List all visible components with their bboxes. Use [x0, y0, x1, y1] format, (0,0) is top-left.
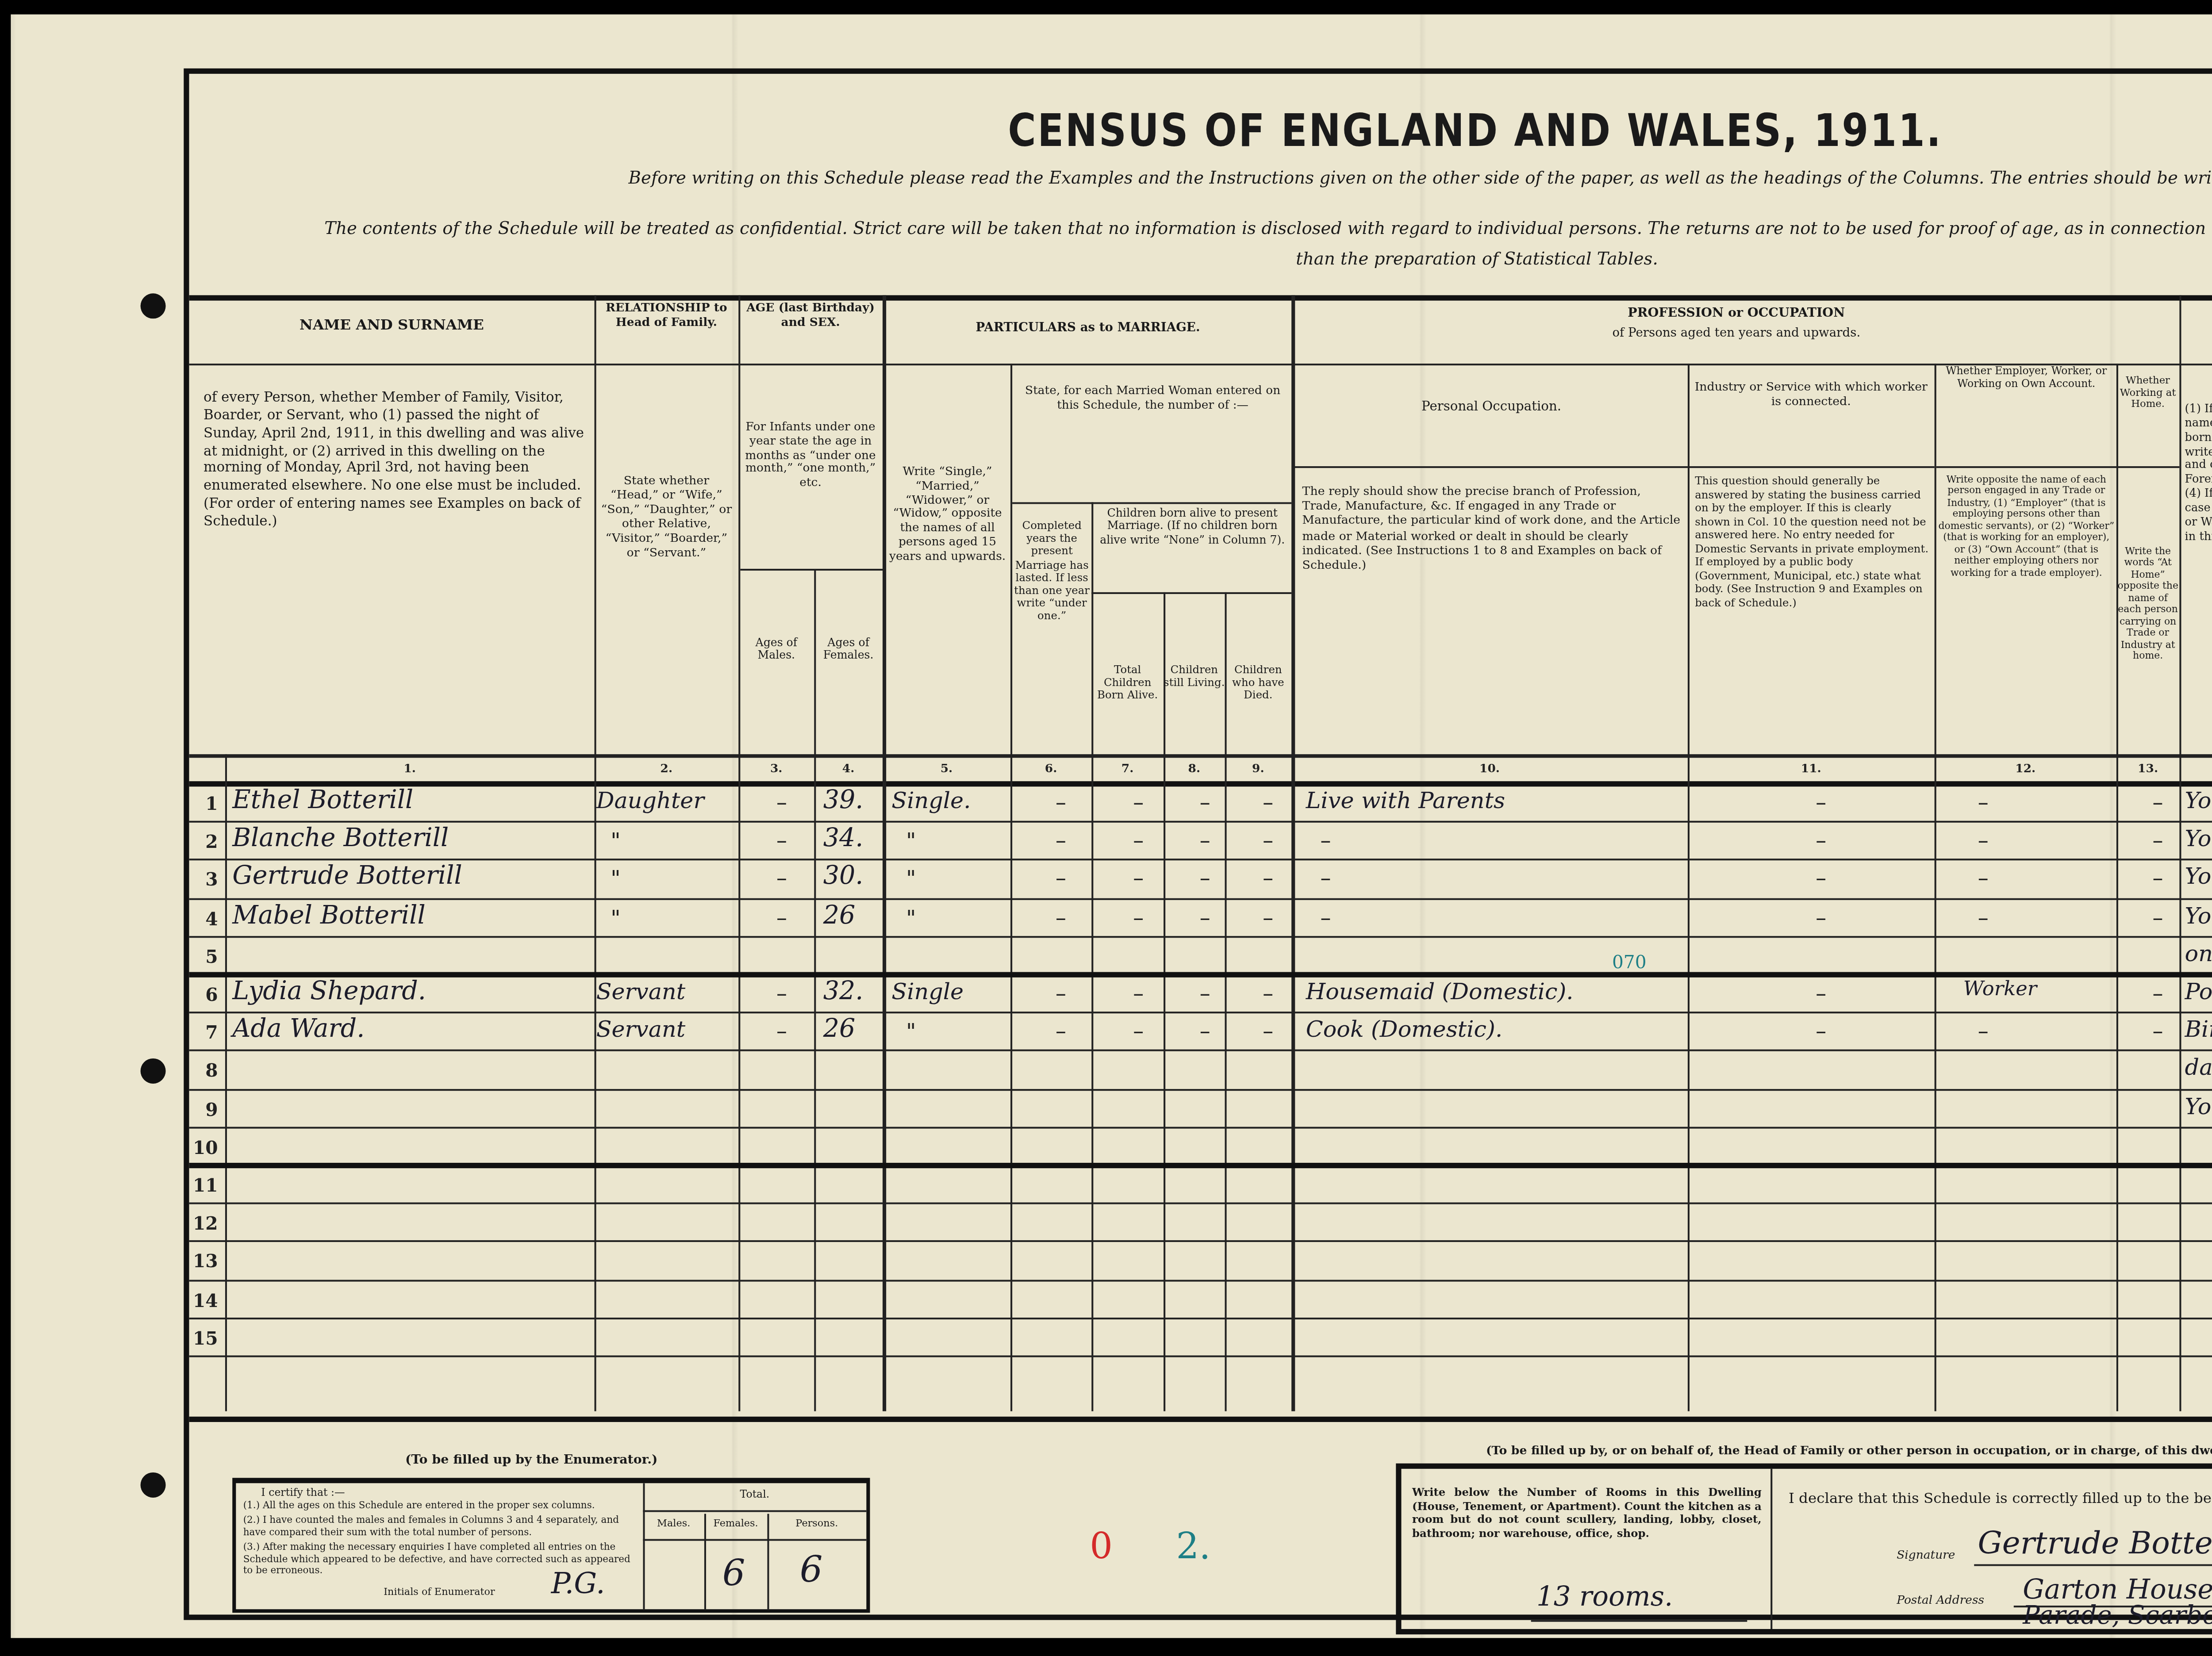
cell-working-at-home: –: [2152, 866, 2163, 892]
cell-children-born: –: [1133, 866, 1144, 892]
cell-children-living: –: [1200, 828, 1210, 854]
enumerator-certificate-box: I certify that :— (1.) All the ages on t…: [232, 1478, 870, 1613]
age-desc: For Infants under one year state the age…: [742, 421, 879, 491]
cell-children-died: –: [1263, 790, 1273, 816]
col10-title: Personal Occupation.: [1295, 399, 1688, 415]
col-divider: [1091, 502, 1093, 1411]
instruction-ink: Before writing on this Schedule please r…: [459, 171, 2212, 191]
schedule-frame: CENSUS OF ENGLAND AND WALES, 1911. Befor…: [184, 69, 2212, 1620]
married-woman-desc: State, for each Married Woman entered on…: [1018, 385, 1288, 413]
children-desc: Children born alive to present Marriage.…: [1095, 508, 1290, 548]
cell-children-born: –: [1133, 981, 1144, 1006]
cell-employment-status: Worker: [1963, 977, 2037, 1001]
cell-female-age: 30.: [823, 863, 864, 892]
cell-male-age: –: [776, 866, 787, 892]
row-rule: [189, 897, 2212, 899]
col14-title: BIRTHPLACE of every person.: [2179, 310, 2212, 324]
cell-children-died: –: [1263, 981, 1273, 1006]
row-rule: [189, 1355, 2212, 1357]
rule: [189, 1417, 2212, 1422]
persons-total: 6: [800, 1548, 823, 1591]
cell-name: Blanche Botterill: [232, 825, 449, 854]
col1-desc: of every Person, whether Member of Famil…: [204, 389, 585, 531]
cell-working-at-home: –: [2152, 905, 2163, 930]
col-divider: [2116, 364, 2118, 1411]
cell-industry: –: [1816, 905, 1826, 930]
cell-children-living: –: [1200, 905, 1210, 930]
cell-birthplace: dale End: [2185, 1054, 2212, 1081]
cell-marital-status: ": [906, 1019, 916, 1044]
cell-children-died: –: [1263, 828, 1273, 854]
row-rule: [189, 821, 2212, 823]
cell-birthplace: Yorks. - Garton.: [2185, 863, 2212, 890]
col-number: 7.: [1091, 761, 1164, 776]
col13-desc: Write the words “At Home” opposite the n…: [2116, 547, 2179, 664]
rule: [1293, 466, 1934, 468]
row-rule: [189, 1127, 2212, 1128]
cell-employment-status: –: [1978, 905, 1988, 930]
females-label: Females.: [704, 1519, 767, 1531]
cell-occupation: –: [1320, 866, 1331, 892]
cell-relationship: Daughter: [596, 786, 704, 813]
row-number: 5: [193, 948, 218, 968]
row-number: 8: [193, 1063, 218, 1083]
cell-children-born: –: [1133, 828, 1144, 854]
enumerator-heading: (To be filled up by the Enumerator.): [405, 1453, 765, 1467]
females-total: 6: [722, 1552, 745, 1595]
row-number: 13: [193, 1253, 218, 1273]
profession-title: PROFESSION or OCCUPATION: [1295, 306, 2177, 321]
punch-hole: [141, 1058, 166, 1084]
row-rule: [189, 859, 2212, 861]
cell-occupation: Live with Parents: [1306, 786, 1505, 813]
instruction-confidential: The contents of the Schedule will be tre…: [207, 222, 2212, 241]
row-rule: [189, 1163, 2212, 1168]
col-number: 12.: [1935, 761, 2116, 776]
age-title: AGE (last Birthday) and SEX.: [738, 303, 883, 330]
row-rule: [189, 1241, 2212, 1243]
cell-working-at-home: –: [2152, 790, 2163, 816]
cell-occupation: Housemaid (Domestic).: [1306, 977, 1574, 1004]
col14-desc: (1) If born in the United Kingdom, write…: [2185, 403, 2212, 545]
rooms-value: 13 rooms.: [1536, 1580, 1673, 1613]
address-line-2: Parade, Scarborough.: [2023, 1602, 2212, 1631]
row-number: 12: [193, 1215, 218, 1235]
row-number: 11: [193, 1177, 218, 1197]
cell-children-living: –: [1200, 981, 1210, 1006]
rule: [643, 1539, 866, 1541]
col-number: 13.: [2116, 761, 2179, 776]
row-rule: [189, 1317, 2212, 1319]
cell-relationship: ": [611, 905, 621, 930]
cell-occupation: –: [1320, 828, 1331, 854]
row-rule: [189, 935, 2212, 937]
col3-title: Ages of Males.: [738, 637, 814, 664]
cell-years-married: –: [1056, 981, 1066, 1006]
row-number: 15: [193, 1330, 218, 1350]
cell-industry: –: [1816, 981, 1826, 1006]
rooms-instruction: Write below the Number of Rooms in this …: [1412, 1487, 1762, 1541]
cell-children-died: –: [1263, 1019, 1273, 1044]
col13-title: Whether Working at Home.: [2116, 376, 2179, 413]
col1-title: NAME AND SURNAME: [189, 317, 594, 334]
row-rule: [189, 972, 2212, 977]
cell-birthplace: Yorks. Garton-on-: [2185, 786, 2212, 813]
punch-hole: [141, 293, 166, 318]
cell-birthplace: Yorks. - Garton: [2185, 901, 2212, 928]
row-number: 6: [193, 986, 218, 1006]
cell-male-age: –: [776, 905, 787, 930]
col-number: 11.: [1688, 761, 1935, 776]
rule: [189, 295, 2212, 300]
row-rule: [189, 1050, 2212, 1052]
cell-years-married: –: [1056, 905, 1066, 930]
col-divider: [1770, 1469, 1772, 1629]
cell-employment-status: –: [1978, 1019, 1988, 1044]
cell-female-age: 32.: [823, 977, 864, 1006]
row-rule: [189, 1203, 2212, 1204]
cell-female-age: 26: [823, 1016, 856, 1044]
col8-desc: Children still Living.: [1164, 664, 1225, 690]
col12-title: Whether Employer, Worker, or Working on …: [1936, 367, 2116, 392]
col7-desc: Total Children Born Alive.: [1091, 664, 1164, 703]
col-divider: [1164, 592, 1165, 1411]
cell-children-born: –: [1133, 1019, 1144, 1044]
col-number: 4.: [814, 761, 883, 776]
occupation-code-annotation: 070: [1612, 954, 1647, 974]
cell-name: Lydia Shepard.: [232, 977, 426, 1006]
col-number: 14.: [2179, 761, 2212, 776]
col12-desc: Write opposite the name of each person e…: [1938, 475, 2115, 580]
row-number: 7: [193, 1024, 218, 1044]
cell-children-living: –: [1200, 1019, 1210, 1044]
row-rule: [189, 1088, 2212, 1090]
col5-desc: Write “Single,” “Married,” “Widower,” or…: [886, 466, 1009, 564]
cell-children-living: –: [1200, 790, 1210, 816]
rule: [1936, 466, 2180, 468]
cell-working-at-home: –: [2152, 828, 2163, 854]
cell-industry: –: [1816, 790, 1826, 816]
signature-value: Gertrude Botterill: [1978, 1526, 2212, 1562]
col-number: 1.: [225, 761, 595, 776]
cell-relationship: ": [611, 866, 621, 892]
cell-birthplace: Potton, Bedfordshire.: [2185, 977, 2212, 1004]
rule: [189, 781, 2212, 786]
cell-relationship: Servant: [596, 977, 686, 1004]
cell-female-age: 39.: [823, 786, 864, 815]
cell-marital-status: ": [906, 866, 916, 892]
col-number: 5.: [883, 761, 1010, 776]
address-line-1: Garton House Cromwell: [2023, 1573, 2212, 1606]
col-number: 9.: [1225, 761, 1292, 776]
cell-name: Gertrude Botterill: [232, 863, 462, 892]
cell-years-married: –: [1056, 790, 1066, 816]
rule: [1091, 592, 1291, 594]
cell-occupation: Cook (Domestic).: [1306, 1016, 1502, 1043]
marriage-title: PARTICULARS as to MARRIAGE.: [884, 320, 1291, 335]
declaration-text: I declare that this Schedule is correctl…: [1789, 1491, 2212, 1507]
cell-birthplace: on-the-Wolds: [2185, 939, 2212, 966]
rule: [643, 1510, 866, 1512]
col-divider: [1225, 592, 1227, 1411]
cell-occupation: –: [1320, 905, 1331, 930]
col-divider: [2179, 295, 2181, 1411]
teal-annotation: 2.: [1176, 1525, 1211, 1568]
total-label: Total.: [643, 1491, 866, 1503]
cell-female-age: 34.: [823, 825, 864, 854]
cell-birthplace: Birch Hall, Lang-: [2185, 1016, 2212, 1043]
address-label: Postal Address: [1897, 1595, 1984, 1608]
row-number: 10: [193, 1139, 218, 1159]
col11-desc: This question should generally be answer…: [1695, 475, 1929, 610]
certify-label: I certify that :—: [261, 1489, 345, 1502]
persons-label: Persons.: [767, 1519, 866, 1531]
head-declaration-box: Write below the Number of Rooms in this …: [1396, 1464, 2212, 1635]
col4-title: Ages of Females.: [814, 637, 883, 664]
col-number: 6.: [1010, 761, 1091, 776]
rule: [189, 754, 2212, 758]
col-divider: [1935, 364, 1936, 1411]
instruction-statistical: than the preparation of Statistical Tabl…: [207, 252, 2212, 272]
row-number: 3: [193, 872, 218, 892]
cell-name: Ethel Botterill: [232, 786, 413, 815]
row-number: 14: [193, 1292, 218, 1311]
cell-relationship: Servant: [596, 1016, 686, 1043]
rule: [1012, 502, 1291, 504]
census-page: CENSUS OF ENGLAND AND WALES, 1911. Befor…: [0, 0, 2212, 1656]
col-number: 10.: [1291, 761, 1688, 776]
col-divider: [883, 295, 886, 1411]
col-number: 3.: [738, 761, 814, 776]
cell-children-born: –: [1133, 790, 1144, 816]
col-number: 2.: [595, 761, 739, 776]
cell-birthplace: Yorks. Garton the Wolds.: [2185, 825, 2212, 852]
col-divider: [814, 569, 816, 1411]
cell-working-at-home: –: [2152, 1019, 2163, 1044]
col-divider: [1688, 364, 1690, 1411]
cell-children-died: –: [1263, 905, 1273, 930]
row-number: 1: [193, 796, 218, 816]
row-number: 4: [193, 910, 218, 930]
certify-item-2: (2.) I have counted the males and female…: [243, 1516, 640, 1540]
initials-label: Initials of Enumerator: [384, 1587, 495, 1599]
signature-label: Signature: [1897, 1550, 1955, 1563]
cell-employment-status: –: [1978, 866, 1988, 892]
col-divider: [1291, 295, 1295, 1411]
rule: [1531, 1620, 1747, 1622]
initials-value: P.G.: [551, 1566, 605, 1600]
row-rule: [189, 1012, 2212, 1014]
col9-desc: Children who have Died.: [1225, 664, 1292, 703]
cell-years-married: –: [1056, 828, 1066, 854]
col10-desc: The reply should show the precise branch…: [1302, 484, 1681, 573]
cell-working-at-home: –: [2152, 981, 2163, 1006]
red-annotation: 0: [1090, 1525, 1113, 1568]
col-divider: [738, 295, 740, 1411]
head-heading: (To be filled up by, or on behalf of, th…: [1486, 1445, 2212, 1459]
row-number: 9: [193, 1101, 218, 1121]
cell-name: Mabel Botterill: [232, 901, 426, 930]
males-label: Males.: [643, 1519, 704, 1531]
cell-employment-status: –: [1978, 828, 1988, 854]
cell-name: Ada Ward.: [232, 1016, 365, 1044]
rule: [740, 569, 883, 571]
cell-industry: –: [1816, 866, 1826, 892]
cell-marital-status: Single.: [891, 786, 971, 813]
col-divider: [595, 295, 596, 1411]
cell-male-age: –: [776, 981, 787, 1006]
cell-marital-status: Single: [891, 977, 964, 1004]
col2-title: RELATIONSHIP to Head of Family.: [595, 303, 739, 330]
document-title: CENSUS OF ENGLAND AND WALES, 1911.: [382, 106, 2212, 158]
col-divider: [225, 754, 227, 1411]
cell-female-age: 26: [823, 901, 856, 930]
cell-children-born: –: [1133, 905, 1144, 930]
cell-male-age: –: [776, 1019, 787, 1044]
cell-industry: –: [1816, 828, 1826, 854]
col6-desc: Completed years the present Marriage has…: [1012, 520, 1091, 624]
cell-children-living: –: [1200, 866, 1210, 892]
certify-item-1: (1.) All the ages on this Schedule are e…: [243, 1501, 640, 1513]
punch-hole: [141, 1472, 166, 1498]
cell-years-married: –: [1056, 866, 1066, 892]
rule: [189, 364, 2212, 365]
cell-birthplace: Yorkshire.: [2185, 1092, 2212, 1119]
cell-marital-status: ": [906, 905, 916, 930]
cell-industry: –: [1816, 1019, 1826, 1044]
cell-marital-status: ": [906, 828, 916, 854]
row-rule: [189, 1279, 2212, 1281]
rule: [1974, 1564, 2212, 1566]
cell-male-age: –: [776, 828, 787, 854]
census-schedule-paper: CENSUS OF ENGLAND AND WALES, 1911. Befor…: [11, 15, 2212, 1638]
col2-desc: State whether “Head,” or “Wife,” “Son,” …: [598, 475, 735, 560]
cell-male-age: –: [776, 790, 787, 816]
cell-employment-status: –: [1978, 790, 1988, 816]
cell-years-married: –: [1056, 1019, 1066, 1044]
col-number: 8.: [1164, 761, 1225, 776]
profession-subtitle: of Persons aged ten years and upwards.: [1295, 326, 2177, 341]
col11-title: Industry or Service with which worker is…: [1691, 382, 1931, 410]
cell-children-died: –: [1263, 866, 1273, 892]
row-number: 2: [193, 834, 218, 854]
cell-relationship: ": [611, 828, 621, 854]
